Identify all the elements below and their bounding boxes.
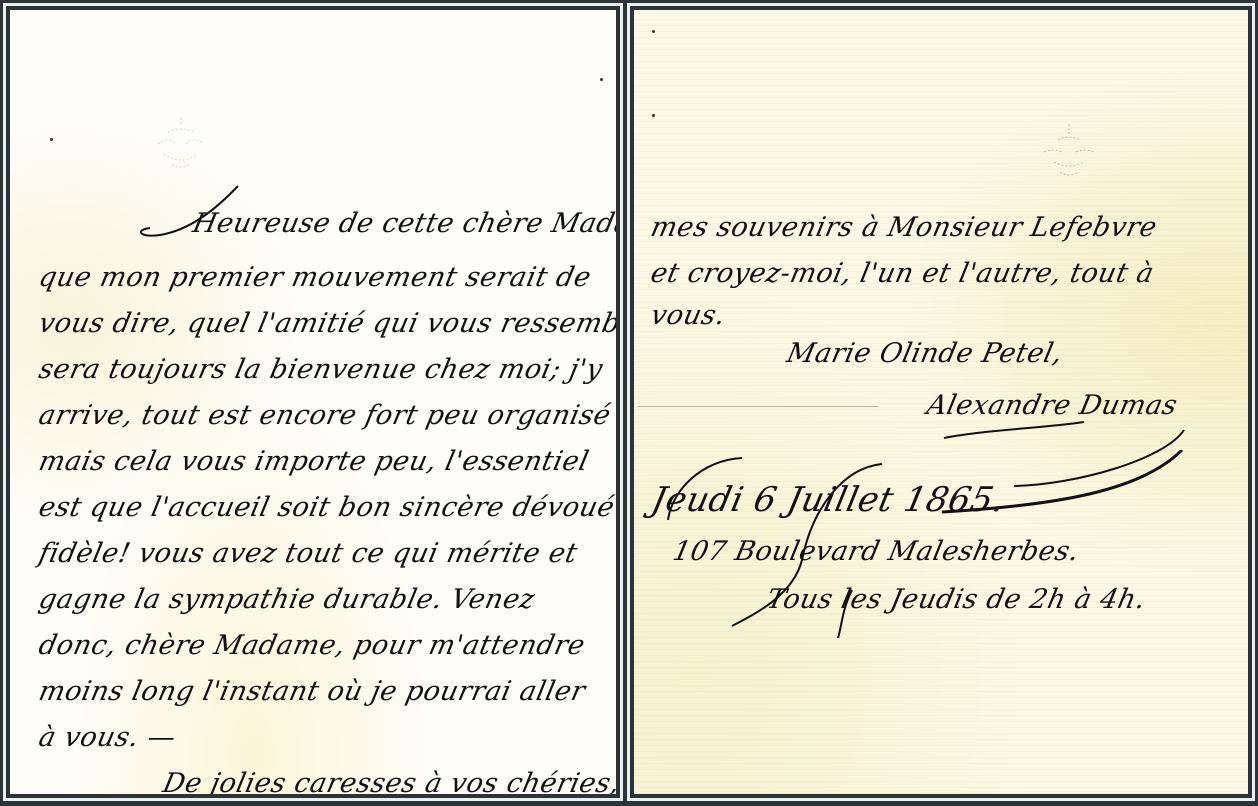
letter-closing: De jolies caresses à vos chéries,	[160, 768, 620, 798]
letter-salutation: Heureuse de cette chère Madame,	[190, 208, 620, 239]
letter-visiting-hours: Tous les Jeudis de 2h à 4h.	[764, 584, 1149, 615]
scan-frame: Heureuse de cette chère Madame, que mon …	[0, 0, 1258, 806]
embossed-crest-icon	[146, 114, 216, 174]
letter-line-1: que mon premier mouvement serait de	[36, 262, 594, 293]
letter-line-8: gagne la sympathie durable. Venez	[36, 584, 538, 615]
letter-line-2: et croyez-moi, l'un et l'autre, tout à	[648, 258, 1157, 289]
letter-date: Jeudi 6 Juillet 1865.	[648, 480, 1009, 520]
signature-marie: Marie Olinde Petel,	[784, 338, 1066, 369]
ink-speck	[652, 30, 655, 33]
paper-fold-line	[638, 406, 878, 407]
letter-line-10: moins long l'instant où je pourrai aller	[36, 676, 588, 707]
ink-speck	[652, 114, 655, 117]
letter-line-4: arrive, tout est encore fort peu organis…	[36, 400, 614, 431]
left-page-mat: Heureuse de cette chère Madame, que mon …	[3, 3, 623, 801]
letter-address: 107 Boulevard Malesherbes.	[670, 536, 1082, 567]
letter-line-11: à vous. —	[36, 722, 179, 753]
ink-speck	[600, 78, 603, 81]
letter-line-1: mes souvenirs à Monsieur Lefebvre	[648, 212, 1160, 243]
letter-line-7: fidèle! vous avez tout ce qui mérite et	[36, 538, 580, 569]
ink-speck	[50, 138, 53, 141]
letter-line-5: mais cela vous importe peu, l'essentiel	[36, 446, 592, 477]
right-page: mes souvenirs à Monsieur Lefebvre et cro…	[630, 6, 1252, 798]
embossed-crest-icon	[1034, 120, 1104, 180]
signature-dumas: Alexandre Dumas	[924, 390, 1180, 421]
letter-line-9: donc, chère Madame, pour m'attendre	[36, 630, 588, 661]
letter-line-6: est que l'accueil soit bon sincère dévou…	[36, 492, 617, 523]
left-page: Heureuse de cette chère Madame, que mon …	[6, 6, 620, 798]
letter-line-2: vous dire, quel l'amitié qui vous ressem…	[36, 308, 620, 339]
letter-line-3: sera toujours la bienvenue chez moi; j'y	[36, 354, 606, 385]
letter-line-3: vous.	[648, 300, 728, 331]
right-page-mat: mes souvenirs à Monsieur Lefebvre et cro…	[627, 3, 1255, 801]
